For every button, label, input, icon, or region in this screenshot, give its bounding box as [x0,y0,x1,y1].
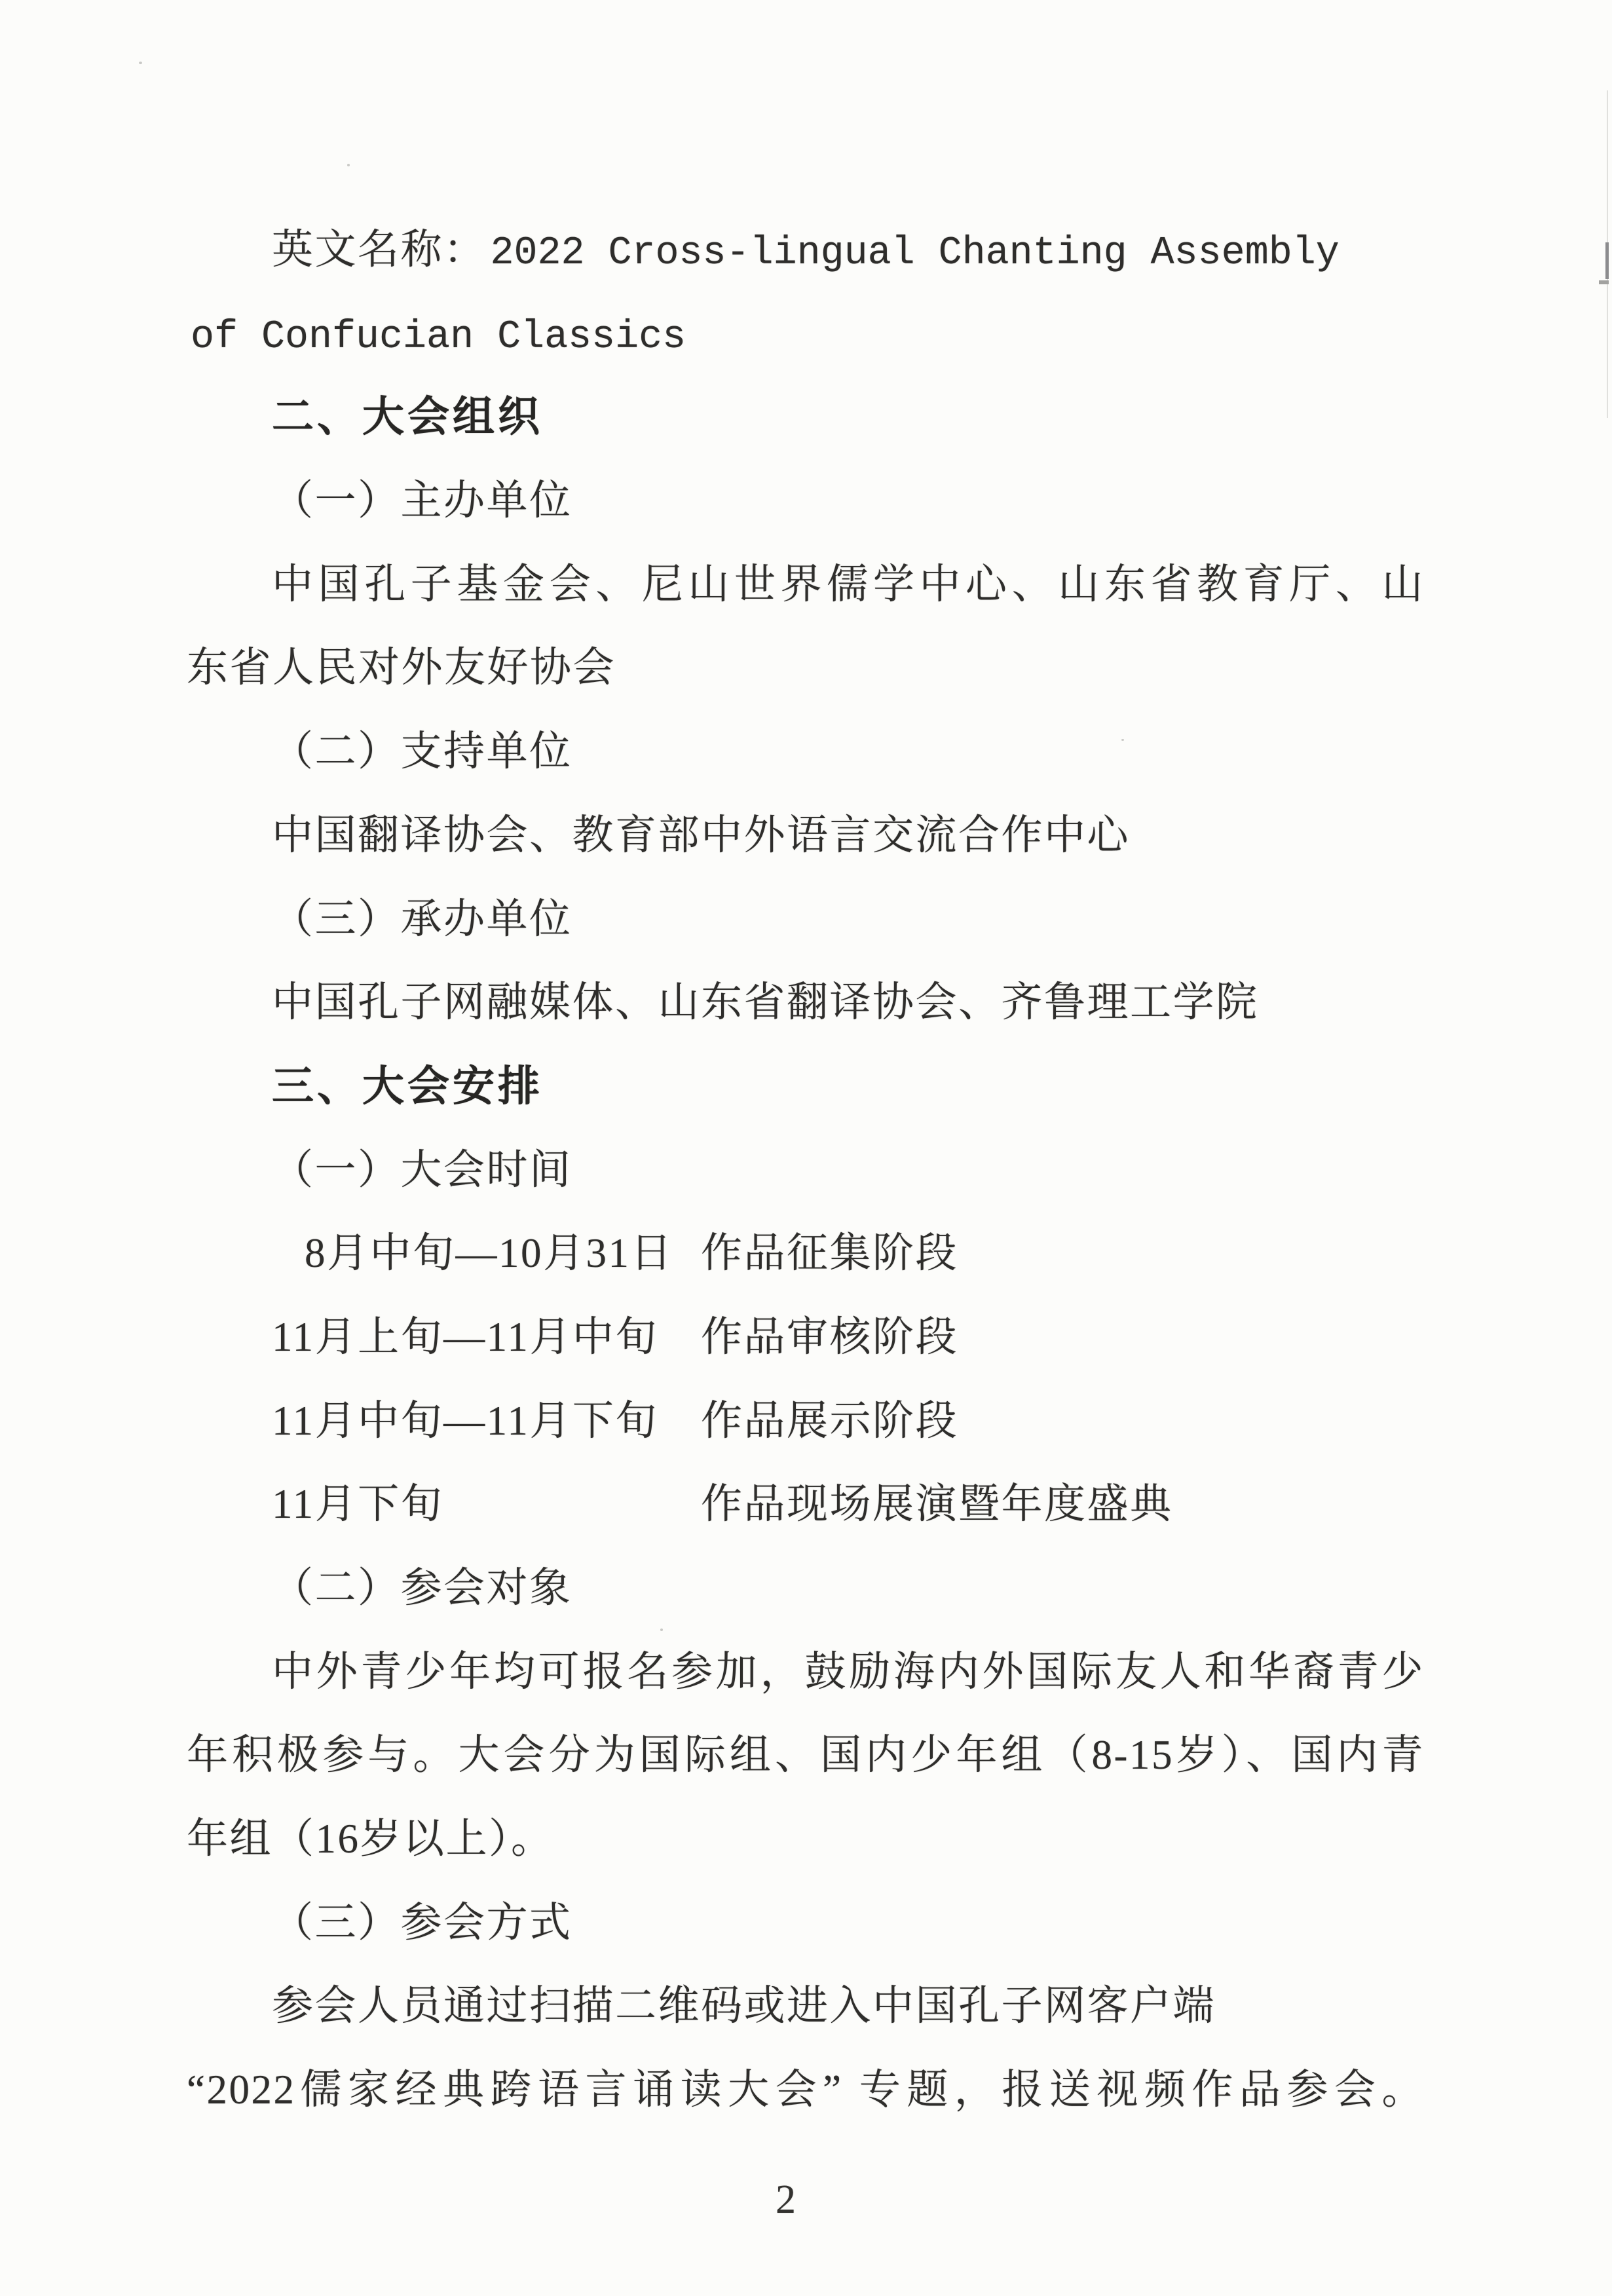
scan-speck [1121,739,1124,741]
document-content: 英文名称：2022 Cross-lingual Chanting Assembl… [187,208,1425,2132]
schedule-row-2: 11月上旬—11月中旬作品审核阶段 [187,1296,1425,1380]
schedule-phase-2: 作品审核阶段 [701,1314,958,1360]
section2-heading: 二、大会组织 [187,375,1425,459]
schedule-period-1: 8月中旬—10月31日 [305,1212,701,1296]
method-label: （三）参会方式 [187,1881,1425,1965]
host-units-line1: 中国孔子基金会、尼山世界儒学中心、山东省教育厅、山 [187,543,1425,627]
section3-heading: 三、大会安排 [187,1045,1425,1129]
english-name-text-line1: 2022 Cross-lingual Chanting Assembly [491,231,1340,276]
participants-line3: 年组（16岁以上）。 [187,1797,1425,1881]
time-label: （一）大会时间 [187,1129,1425,1213]
english-name-prefix: 英文名称： [272,227,487,273]
participants-line2: 年积极参与。大会分为国际组、国内少年组（8-15岁）、国内青 [187,1714,1425,1797]
schedule-period-3: 11月中旬—11月下旬 [272,1380,701,1463]
support-units-line1: 中国翻译协会、教育部中外语言交流合作中心 [187,794,1425,878]
schedule-period-4: 11月下旬 [272,1463,701,1547]
schedule-phase-4: 作品现场展演暨年度盛典 [701,1481,1173,1527]
schedule-row-3: 11月中旬—11月下旬作品展示阶段 [187,1380,1425,1463]
schedule-row-1: 8月中旬—10月31日作品征集阶段 [187,1212,1425,1296]
schedule-phase-3: 作品展示阶段 [701,1398,958,1444]
schedule-period-2: 11月上旬—11月中旬 [272,1296,701,1380]
organizer-units-label: （三）承办单位 [187,878,1425,962]
host-units-line2: 东省人民对外友好协会 [187,626,1425,710]
participants-label: （二）参会对象 [187,1547,1425,1630]
english-name-text-line2: of Confucian Classics [191,315,686,360]
method-line2: “2022儒家经典跨语言诵读大会” 专题，报送视频作品参会。 [187,2048,1425,2132]
schedule-row-4: 11月下旬作品现场展演暨年度盛典 [187,1463,1425,1547]
host-units-label: （一）主办单位 [187,459,1425,543]
scan-speck [660,1628,663,1631]
english-name-line2: of Confucian Classics [187,292,1425,376]
method-line1: 参会人员通过扫描二维码或进入中国孔子网客户端 [187,1965,1425,2048]
participants-line1: 中外青少年均可报名参加，鼓励海内外国际友人和华裔青少 [187,1630,1425,1714]
document-page: 英文名称：2022 Cross-lingual Chanting Assembl… [0,0,1612,2296]
page-number: 2 [0,2167,1571,2232]
scan-artifact-dark-segment [1605,242,1609,279]
english-name-line1: 英文名称：2022 Cross-lingual Chanting Assembl… [187,208,1425,292]
schedule-phase-1: 作品征集阶段 [701,1230,958,1276]
scan-artifact-tick [1599,280,1609,284]
scan-speck [139,62,142,64]
scan-speck [347,164,350,166]
organizer-units-line1: 中国孔子网融媒体、山东省翻译协会、齐鲁理工学院 [187,961,1425,1045]
support-units-label: （二）支持单位 [187,710,1425,794]
